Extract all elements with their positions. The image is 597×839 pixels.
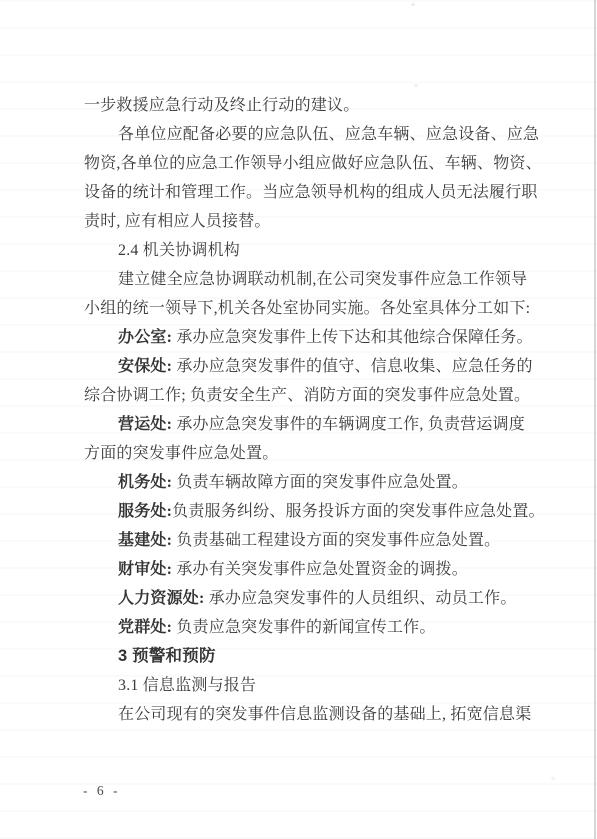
document-line: 各单位应配备必要的应急队伍、应急车辆、应急设备、应急 [84,120,544,149]
text-run: 承办应急突发事件的车辆调度工作, 负责营运调度 [172,416,525,433]
text-run: 建立健全应急协调联动机制,在公司突发事件应急工作领导 [118,271,527,288]
text-run: 物资,各单位的应急工作领导小组应做好应急队伍、车辆、物资、 [84,155,542,172]
emphasis-run: 人力资源处: [118,590,205,607]
text-run: 负责应急突发事件的新闻宣传工作。 [172,619,435,636]
document-line: 物资,各单位的应急工作领导小组应做好应急队伍、车辆、物资、 [84,149,544,178]
document-line: 方面的突发事件应急处置。 [84,439,544,468]
emphasis-run: 党群处: [118,619,172,636]
text-run: 承办应急突发事件的人员组织、动员工作。 [205,590,517,607]
emphasis-run: 服务处: [118,503,172,520]
section-heading: 3 预警和预防 [84,642,544,671]
scan-edge-line [594,0,596,839]
text-run: 承办有关突发事件应急处置资金的调拨。 [172,561,468,578]
document-line: 基建处: 负责基础工程建设方面的突发事件应急处置。 [84,526,544,555]
emphasis-run: 机务处: [118,474,172,491]
text-run: 2.4 机关协调机构 [118,242,240,259]
page-number: - 6 - [83,783,121,799]
text-run: 方面的突发事件应急处置。 [84,445,278,462]
document-line: 2.4 机关协调机构 [84,236,544,265]
text-run: 各单位应配备必要的应急队伍、应急车辆、应急设备、应急 [118,126,539,143]
document-line: 机务处: 负责车辆故障方面的突发事件应急处置。 [84,468,544,497]
text-run: 综合协调工作; 负责安全生产、消防方面的突发事件应急处置。 [84,387,530,404]
emphasis-run: 基建处: [118,532,172,549]
text-run: 小组的统一领导下,机关各处室协同实施。各处室具体分工如下: [84,300,530,317]
document-line: 财审处: 承办有关突发事件应急处置资金的调拨。 [84,555,544,584]
document-line: 服务处:负责服务纠纷、服务投诉方面的突发事件应急处置。 [84,497,544,526]
emphasis-run: 营运处: [118,416,172,433]
document-page: 一步救援应急行动及终止行动的建议。各单位应配备必要的应急队伍、应急车辆、应急设备… [0,0,597,839]
scan-artifact-specks [411,3,415,6]
document-line: 安保处: 承办应急突发事件的值守、信息收集、应急任务的 [84,352,544,381]
document-line: 在公司现有的突发事件信息监测设备的基础上, 拓宽信息渠 [84,700,544,729]
document-lines: 一步救援应急行动及终止行动的建议。各单位应配备必要的应急队伍、应急车辆、应急设备… [84,91,544,729]
emphasis-run: 安保处: [118,358,172,375]
text-run: 负责服务纠纷、服务投诉方面的突发事件应急处置。 [172,503,545,520]
document-line: 小组的统一领导下,机关各处室协同实施。各处室具体分工如下: [84,294,544,323]
text-run: 设备的统计和管理工作。当应急领导机构的组成人员无法履行职 [84,184,538,201]
document-line: 党群处: 负责应急突发事件的新闻宣传工作。 [84,613,544,642]
document-line: 责时, 应有相应人员接替。 [84,207,544,236]
document-line: 综合协调工作; 负责安全生产、消防方面的突发事件应急处置。 [84,381,544,410]
document-line: 建立健全应急协调联动机制,在公司突发事件应急工作领导 [84,265,544,294]
text-run: 负责车辆故障方面的突发事件应急处置。 [172,474,468,491]
text-run: 承办应急突发事件上传下达和其他综合保障任务。 [172,329,533,346]
document-line: 设备的统计和管理工作。当应急领导机构的组成人员无法履行职 [84,178,544,207]
text-run: 负责基础工程建设方面的突发事件应急处置。 [172,532,500,549]
text-run: 一步救援应急行动及终止行动的建议。 [84,97,359,114]
text-run: 在公司现有的突发事件信息监测设备的基础上, 拓宽信息渠 [118,706,531,723]
document-line: 人力资源处: 承办应急突发事件的人员组织、动员工作。 [84,584,544,613]
document-line: 一步救援应急行动及终止行动的建议。 [84,91,544,120]
document-line: 3.1 信息监测与报告 [84,671,544,700]
emphasis-run: 财审处: [118,561,172,578]
text-run: 3.1 信息监测与报告 [118,677,256,694]
text-run: 责时, 应有相应人员接替。 [84,213,271,230]
document-line: 办公室: 承办应急突发事件上传下达和其他综合保障任务。 [84,323,544,352]
text-run: 承办应急突发事件的值守、信息收集、应急任务的 [172,358,533,375]
document-line: 营运处: 承办应急突发事件的车辆调度工作, 负责营运调度 [84,410,544,439]
emphasis-run: 3 预警和预防 [118,647,216,665]
emphasis-run: 办公室: [118,329,172,346]
